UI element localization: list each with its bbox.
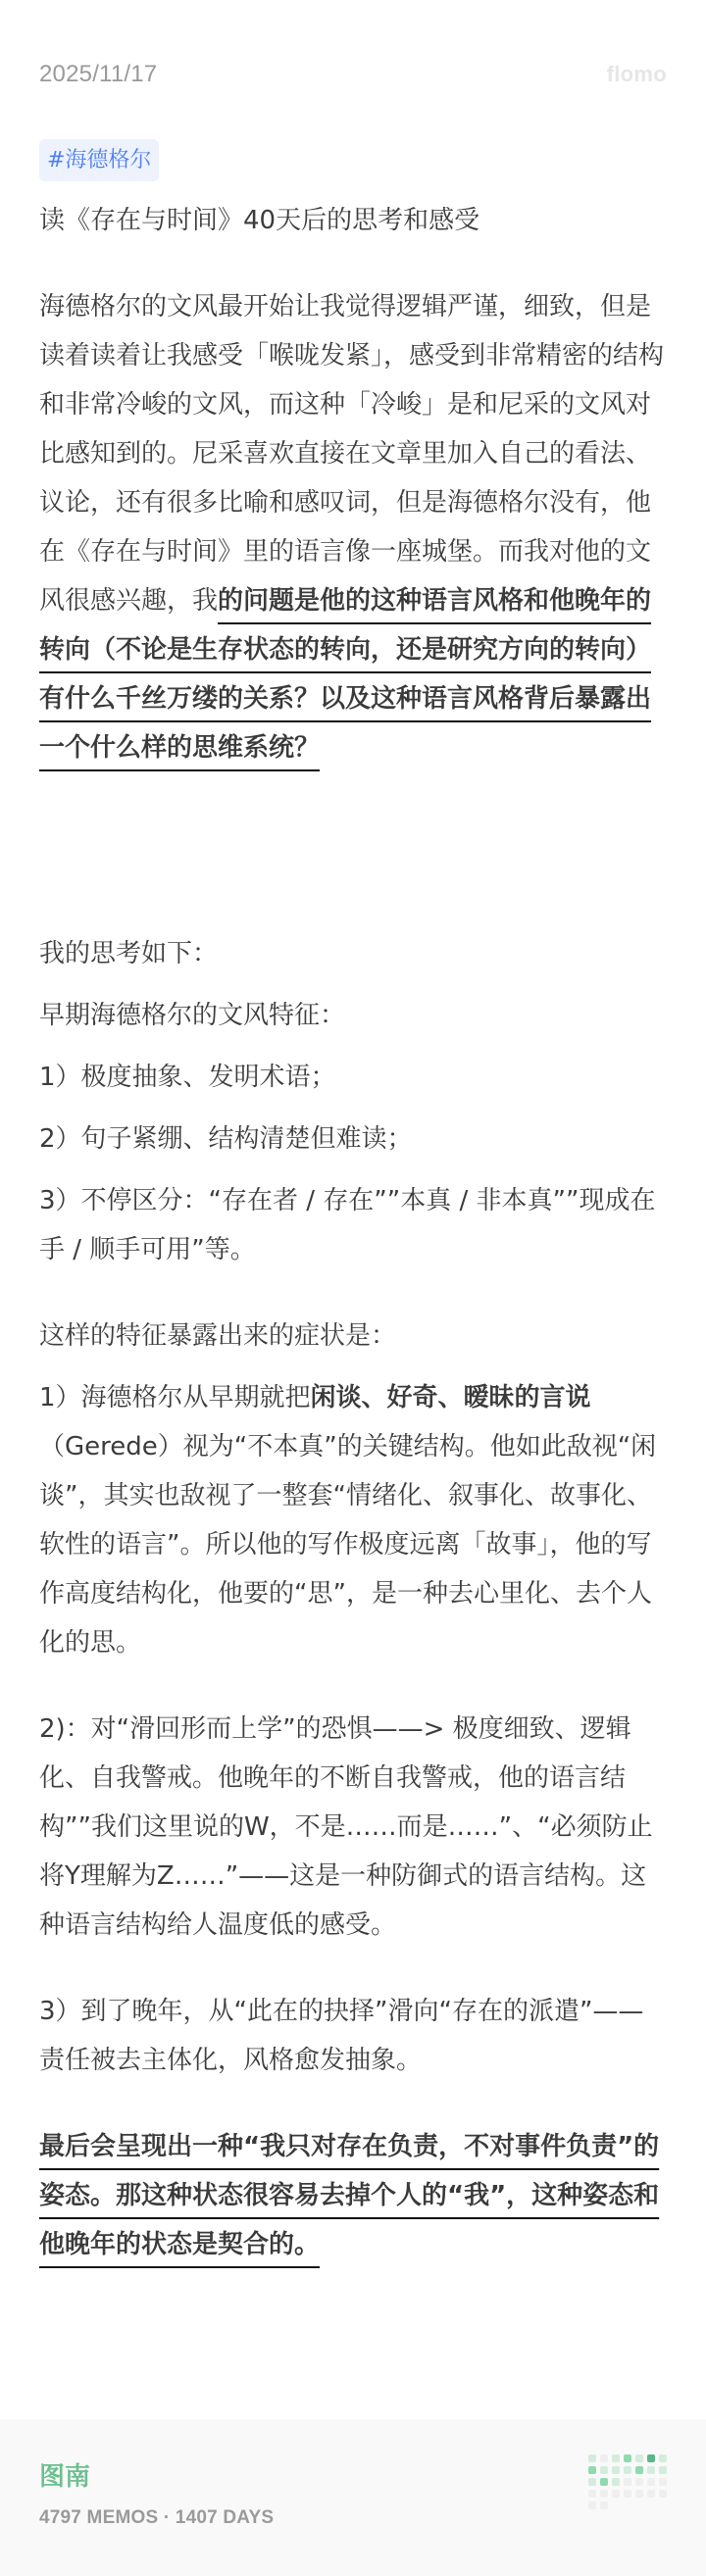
heatmap-cell: [612, 2466, 620, 2474]
heatmap-cell: [624, 2466, 631, 2474]
memo-footer: 图南 4797 MEMOS · 1407 DAYS: [0, 2419, 706, 2576]
heatmap-cell: [588, 2502, 596, 2509]
heatmap-cell: [635, 2466, 643, 2474]
heatmap-cell: [659, 2490, 667, 2498]
heatmap-cell: [635, 2490, 643, 2498]
memo-card: 2025/11/17 flomo #海德格尔 读《存在与时间》40天后的思考和感…: [0, 0, 706, 2419]
symptom-item-1: 1）海德格尔从早期就把闲谈、好奇、暧昧的言说（Gerede）视为“不本真”的关键…: [39, 1373, 669, 1667]
early-style-heading: 早期海德格尔的文风特征：: [39, 991, 669, 1040]
heatmap-cell: [588, 2466, 596, 2474]
heatmap-cell: [624, 2490, 631, 2498]
memo-header: 2025/11/17 flomo: [39, 59, 667, 90]
heatmap-cell: [612, 2490, 620, 2498]
symptom-item-3: 3）到了晚年，从“此在的抉择”滑向“存在的派遣”——责任被去主体化，风格愈发抽象…: [39, 1987, 669, 2085]
heatmap-cell: [624, 2478, 631, 2486]
heatmap-cell: [635, 2478, 643, 2486]
symptom-1-prefix: 1）海德格尔从早期就把: [39, 1383, 311, 1412]
heatmap-cell: [600, 2490, 608, 2498]
activity-heatmap: [588, 2454, 667, 2509]
heatmap-cell: [612, 2478, 620, 2486]
heatmap-cell: [659, 2466, 667, 2474]
symptom-1-rest: （Gerede）视为“不本真”的关键结构。他如此敌视“闲谈”，其实也敌视了一整套…: [39, 1432, 656, 1658]
heatmap-cell: [647, 2454, 655, 2462]
heatmap-cell: [647, 2466, 655, 2474]
heatmap-cell: [647, 2490, 655, 2498]
conclusion-text: 最后会呈现出一种“我只对存在负责，不对事件负责”的姿态。那这种状态很容易去掉个人…: [39, 2132, 659, 2259]
tag-haidegeer[interactable]: #海德格尔: [39, 139, 159, 181]
symptom-item-2: 2)：对“滑回形而上学”的恐惧——> 极度细致、逻辑化、自我警戒。他晚年的不断自…: [39, 1705, 669, 1950]
heatmap-cell: [635, 2454, 643, 2462]
paragraph-intro-text: 海德格尔的文风最开始让我觉得逻辑严谨，细致，但是读着读着让我感受「喉咙发紧」，感…: [39, 292, 664, 616]
conclusion: 最后会呈现出一种“我只对存在负责，不对事件负责”的姿态。那这种状态很容易去掉个人…: [39, 2122, 669, 2269]
heatmap-cell: [612, 2454, 620, 2462]
thinking-intro: 我的思考如下：: [39, 929, 669, 978]
symptom-1-bold: 闲谈、好奇、暧昧的言说: [311, 1383, 591, 1412]
list-item: 3）不停区分：“存在者 / 存在””本真 / 非本真””现成在手 / 顺手可用”…: [39, 1176, 669, 1274]
memo-title: 读《存在与时间》40天后的思考和感受: [39, 196, 669, 245]
memo-stats: 4797 MEMOS · 1407 DAYS: [39, 2507, 274, 2529]
heatmap-cell: [600, 2466, 608, 2474]
heatmap-cell: [600, 2502, 608, 2509]
heatmap-cell: [588, 2490, 596, 2498]
heatmap-cell: [600, 2478, 608, 2486]
list-item: 1）极度抽象、发明术语；: [39, 1053, 669, 1102]
heatmap-cell: [659, 2478, 667, 2486]
memo-date: 2025/11/17: [39, 61, 157, 88]
heatmap-cell: [624, 2454, 631, 2462]
paragraph-intro: 海德格尔的文风最开始让我觉得逻辑严谨，细致，但是读着读着让我感受「喉咙发紧」，感…: [39, 282, 669, 772]
list-item: 2）句子紧绷、结构清楚但难读；: [39, 1115, 669, 1164]
heatmap-cell: [600, 2454, 608, 2462]
heatmap-cell: [588, 2454, 596, 2462]
author-name: 图南: [39, 2456, 90, 2493]
memo-content: 读《存在与时间》40天后的思考和感受 海德格尔的文风最开始让我觉得逻辑严谨，细致…: [39, 196, 669, 2269]
heatmap-cell: [588, 2478, 596, 2486]
symptoms-heading: 这样的特征暴露出来的症状是：: [39, 1312, 669, 1361]
flomo-logo: flomo: [607, 62, 667, 87]
heatmap-cell: [647, 2478, 655, 2486]
heatmap-cell: [659, 2454, 667, 2462]
